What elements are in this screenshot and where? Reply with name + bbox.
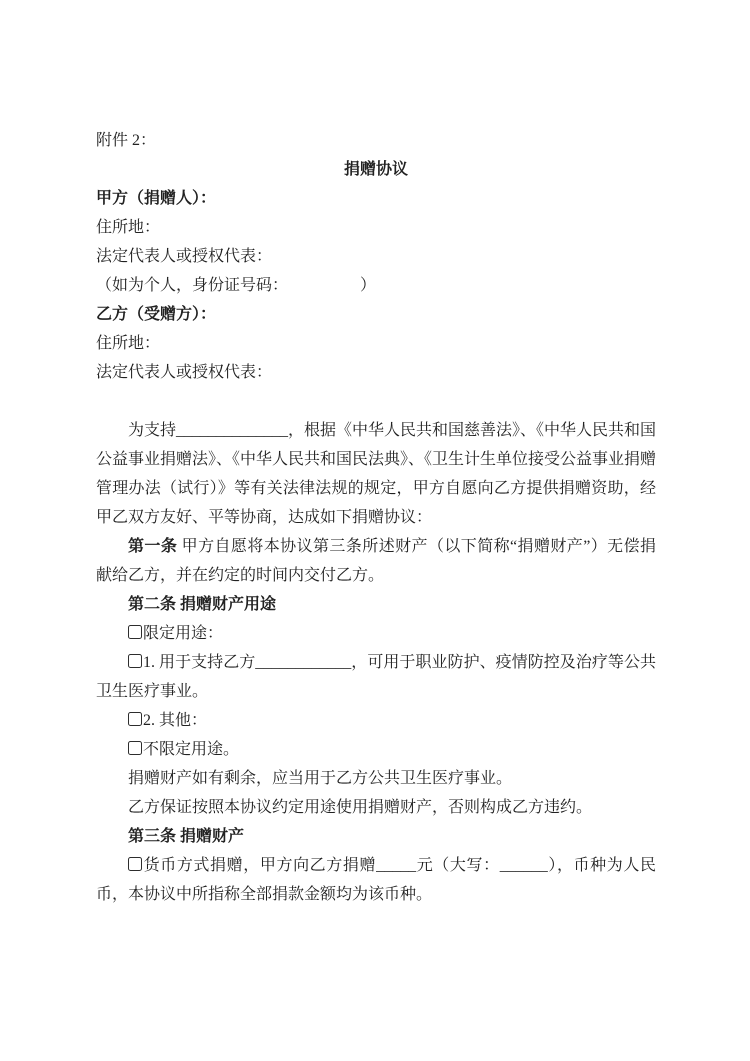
restricted-use-item-1-label: 1. 用于支持乙方____________，可用于职业防护、疫情防控及治疗等公共… [96, 654, 656, 700]
party-a-address-label: 住所地： [96, 213, 656, 242]
guarantee-note: 乙方保证按照本协议约定用途使用捐赠财产，否则构成乙方违约。 [96, 793, 656, 822]
unrestricted-use-option-line: 不限定用途。 [96, 735, 656, 764]
donation-agreement-document: 附件 2： 捐赠协议 甲方（捐赠人）： 住所地： 法定代表人或授权代表： （如为… [0, 0, 750, 1061]
article-2-heading: 第二条 捐赠财产用途 [96, 590, 656, 619]
checkbox-icon [128, 712, 142, 726]
party-b-representative-label: 法定代表人或授权代表： [96, 358, 656, 387]
party-b-heading: 乙方（受赠方）： [96, 300, 656, 329]
checkbox-icon [128, 741, 142, 755]
party-a-individual-id-note: （如为个人，身份证号码： ） [96, 271, 656, 300]
article-1-number: 第一条 [128, 538, 177, 555]
checkbox-icon [128, 625, 142, 639]
restricted-use-option-label: 限定用途： [143, 625, 223, 642]
money-donation-option-line: 货币方式捐赠，甲方向乙方捐赠_____元（大写：______），币种为人民币，本… [96, 851, 656, 909]
checkbox-icon [128, 654, 142, 668]
restricted-use-option-line: 限定用途： [96, 619, 656, 648]
document-title: 捐赠协议 [96, 155, 656, 184]
article-1-paragraph: 第一条 甲方自愿将本协议第三条所述财产（以下简称“捐赠财产”）无偿捐献给乙方，并… [96, 532, 656, 590]
attachment-label: 附件 2： [96, 126, 656, 155]
party-a-heading: 甲方（捐赠人）： [96, 184, 656, 213]
preamble-paragraph: 为支持______________，根据《中华人民共和国慈善法》、《中华人民共和… [96, 416, 656, 532]
unrestricted-use-option-label: 不限定用途。 [143, 741, 239, 758]
party-b-address-label: 住所地： [96, 329, 656, 358]
checkbox-icon [128, 857, 142, 871]
money-donation-option-label: 货币方式捐赠，甲方向乙方捐赠_____元（大写：______），币种为人民币，本… [96, 857, 656, 903]
article-3-heading: 第三条 捐赠财产 [96, 822, 656, 851]
article-1-body: 甲方自愿将本协议第三条所述财产（以下简称“捐赠财产”）无偿捐献给乙方，并在约定的… [96, 538, 656, 584]
surplus-note: 捐赠财产如有剩余，应当用于乙方公共卫生医疗事业。 [96, 764, 656, 793]
restricted-use-item-1-line: 1. 用于支持乙方____________，可用于职业防护、疫情防控及治疗等公共… [96, 648, 656, 706]
party-a-representative-label: 法定代表人或授权代表： [96, 242, 656, 271]
restricted-use-item-2-label: 2. 其他： [143, 712, 207, 729]
blank-line [96, 387, 656, 416]
restricted-use-item-2-line: 2. 其他： [96, 706, 656, 735]
